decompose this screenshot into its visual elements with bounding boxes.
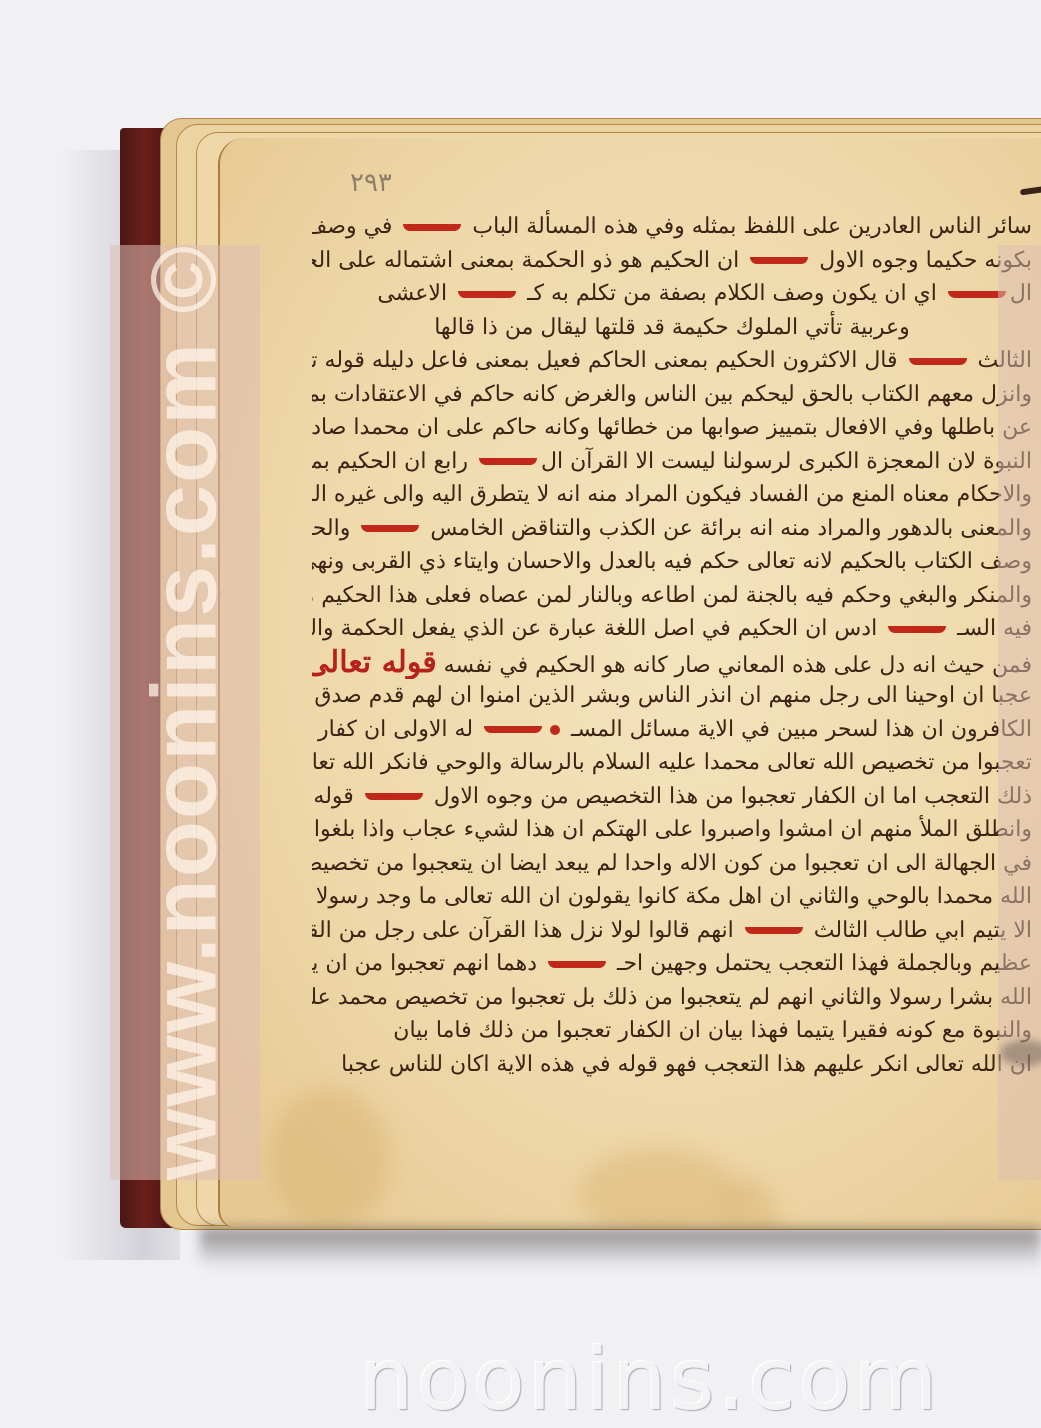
line-text: انهم قالوا لولا نزل هذا القرآن على رجل م…	[312, 918, 741, 943]
line-text: والاحكام معناه المنع من الفساد فيكون الم…	[312, 482, 1032, 507]
rubric-overline	[750, 257, 808, 264]
rubric-heading: قوله تعالى	[312, 646, 437, 680]
manuscript-line: عجبا ان اوحينا الى رجل منهم ان انذر النا…	[312, 679, 1032, 713]
rubric-overline	[403, 224, 461, 231]
line-text: في الجهالة الى ان تعجبوا من كون الاله وا…	[312, 851, 1032, 876]
manuscript-line: ذلك التعجب اما ان الكفار تعجبوا من هذا ا…	[312, 780, 1032, 814]
manuscript-line: وعربية تأتي الملوك حكيمة قد قلتها ليقال …	[312, 311, 1032, 345]
line-text: الله بشرا رسولا والثاني انهم لم يتعجبوا …	[312, 985, 1032, 1010]
water-stain	[270, 1088, 390, 1228]
manuscript-line: الله محمدا بالوحي والثاني ان اهل مكة كان…	[312, 880, 1032, 914]
line-text: الاعشى	[377, 281, 454, 306]
rubric-overline	[745, 927, 803, 934]
line-text: وصف الكتاب بالحكيم لانه تعالى حكم فيه با…	[312, 549, 1032, 574]
manuscript-line: في الجهالة الى ان تعجبوا من كون الاله وا…	[312, 847, 1032, 881]
line-text: فمن حيث انه دل على هذه المعاني صار كانه …	[437, 653, 1032, 678]
line-text: وعربية تأتي الملوك حكيمة قد قلتها ليقال …	[434, 315, 910, 340]
rubric-overline	[548, 961, 606, 968]
rubric-overline	[888, 626, 946, 633]
manuscript-line: ال اي ان يكون وصف الكلام بصفة من تكلم به…	[312, 277, 1032, 311]
manuscript-line: فمن حيث انه دل على هذه المعاني صار كانه …	[312, 646, 1032, 680]
manuscript-line: الله بشرا رسولا والثاني انهم لم يتعجبوا …	[312, 981, 1032, 1015]
watermark-bottom-text: noonins.com	[330, 1330, 970, 1428]
manuscript-line: والمعنى بالدهور والمراد منه انه برائة عن…	[312, 512, 1032, 546]
manuscript-page: ٢٩٣ سائر الناس العادرين على اللفظ بمثله …	[218, 138, 1041, 1228]
line-text: والمعنى بالدهور والمراد منه انه برائة عن…	[423, 516, 1032, 541]
manuscript-line: تعجبوا من تخصيص الله تعالى محمدا عليه ال…	[312, 746, 1032, 780]
catchword-mark	[1020, 183, 1041, 196]
rubric-overline	[365, 793, 423, 800]
line-text: عجبا ان اوحينا الى رجل منهم ان انذر النا…	[312, 683, 1032, 708]
thumb-smudge	[1000, 1040, 1041, 1066]
line-text: قال الاكثرون الحكيم بمعنى الحاكم فعيل بم…	[312, 348, 905, 373]
manuscript-line: عظيم وبالجملة فهذا التعجب يحتمل وجهين اح…	[312, 947, 1032, 981]
line-text: ادس ان الحكيم في اصل اللغة عبارة عن الذي…	[312, 616, 884, 641]
manuscript-line: بكونه حكيما وجوه الاول ان الحكيم هو ذو ا…	[312, 244, 1032, 278]
manuscript-line: وصف الكتاب بالحكيم لانه تعالى حكم فيه با…	[312, 545, 1032, 579]
line-text: الله محمدا بالوحي والثاني ان اهل مكة كان…	[316, 884, 1032, 909]
line-text: تعجبوا من تخصيص الله تعالى محمدا عليه ال…	[312, 750, 1032, 775]
manuscript-line: سائر الناس العادرين على اللفظ بمثله وفي …	[312, 210, 1032, 244]
manuscript-line: وانطلق الملأ منهم ان امشوا واصبروا على ا…	[312, 813, 1032, 847]
water-stain	[580, 1148, 740, 1228]
manuscript-line: والاحكام معناه المنع من الفساد فيكون الم…	[312, 478, 1032, 512]
line-text: دهما انهم تعجبوا من ان يجعل	[312, 951, 544, 976]
line-text: والحسن	[312, 516, 357, 541]
line-text: عن باطلها وفي الافعال بتمييز صوابها من خ…	[312, 415, 1032, 440]
manuscript-line: ان الله تعالى انكر عليهم هذا التعجب فهو …	[312, 1048, 1032, 1082]
rubric-overline	[909, 358, 967, 365]
manuscript-line: الثالث قال الاكثرون الحكيم بمعنى الحاكم …	[312, 344, 1032, 378]
manuscript-line: والمنكر والبغي وحكم فيه بالجنة لمن اطاعه…	[312, 579, 1032, 613]
manuscript-line: عن باطلها وفي الافعال بتمييز صوابها من خ…	[312, 411, 1032, 445]
line-text: ذلك التعجب اما ان الكفار تعجبوا من هذا ا…	[427, 784, 1032, 809]
manuscript-line: فيه السـ ادس ان الحكيم في اصل اللغة عبار…	[312, 612, 1032, 646]
line-text: سائر الناس العادرين على اللفظ بمثله وفي …	[465, 214, 1032, 239]
manuscript-line: والنبوة مع كونه فقيرا يتيما فهذا بيان ان…	[312, 1014, 1032, 1048]
manuscript-line: الا يتيم ابي طالب الثالث انهم قالوا لولا…	[312, 914, 1032, 948]
rubric-overline	[479, 458, 537, 465]
line-text: والمنكر والبغي وحكم فيه بالجنة لمن اطاعه…	[312, 583, 1032, 608]
line-text: اي ان يكون وصف الكلام بصفة من تكلم به كـ	[520, 281, 944, 306]
manuscript-photo: ٢٩٣ سائر الناس العادرين على اللفظ بمثله …	[0, 0, 1041, 1428]
rubric-overline	[484, 726, 542, 733]
line-text: ان الحكيم هو ذو الحكمة بمعنى اشتماله على…	[312, 248, 746, 273]
line-text: الكافرون ان هذا لسحر مبين في الاية مسائل…	[564, 717, 1032, 742]
line-text: وانزل معهم الكتاب بالحق ليحكم بين الناس …	[312, 382, 1032, 407]
line-text: النبوة لان المعجزة الكبرى لرسولنا ليست ا…	[541, 449, 1032, 474]
rubric-dot	[550, 725, 560, 735]
rubric-overline	[458, 291, 516, 298]
line-text: في وصف الكتاب	[312, 214, 399, 239]
line-text: رابع ان الحكيم بمعنى المحكم	[312, 449, 475, 474]
folio-number: ٢٩٣	[350, 168, 392, 198]
book-bottom-shadow	[200, 1228, 1041, 1268]
line-text: ان الله تعالى انكر عليهم هذا التعجب فهو …	[341, 1052, 1032, 1077]
line-text: عظيم وبالجملة فهذا التعجب يحتمل وجهين اح…	[610, 951, 1032, 976]
manuscript-line: النبوة لان المعجزة الكبرى لرسولنا ليست ا…	[312, 445, 1032, 479]
line-text: قوله تعالى	[312, 784, 361, 809]
manuscript-line: وانزل معهم الكتاب بالحق ليحكم بين الناس …	[312, 378, 1032, 412]
line-text: وانطلق الملأ منهم ان امشوا واصبروا على ا…	[314, 817, 1032, 842]
watermark-vertical-text: www.noonins.com ©	[133, 244, 238, 1181]
rubric-overline	[361, 525, 419, 532]
line-text: له الاولى ان كفار قريش	[312, 717, 480, 742]
line-text: والنبوة مع كونه فقيرا يتيما فهذا بيان ان…	[393, 1018, 1032, 1043]
manuscript-line: الكافرون ان هذا لسحر مبين في الاية مسائل…	[312, 713, 1032, 747]
manuscript-text: سائر الناس العادرين على اللفظ بمثله وفي …	[312, 210, 1032, 1081]
